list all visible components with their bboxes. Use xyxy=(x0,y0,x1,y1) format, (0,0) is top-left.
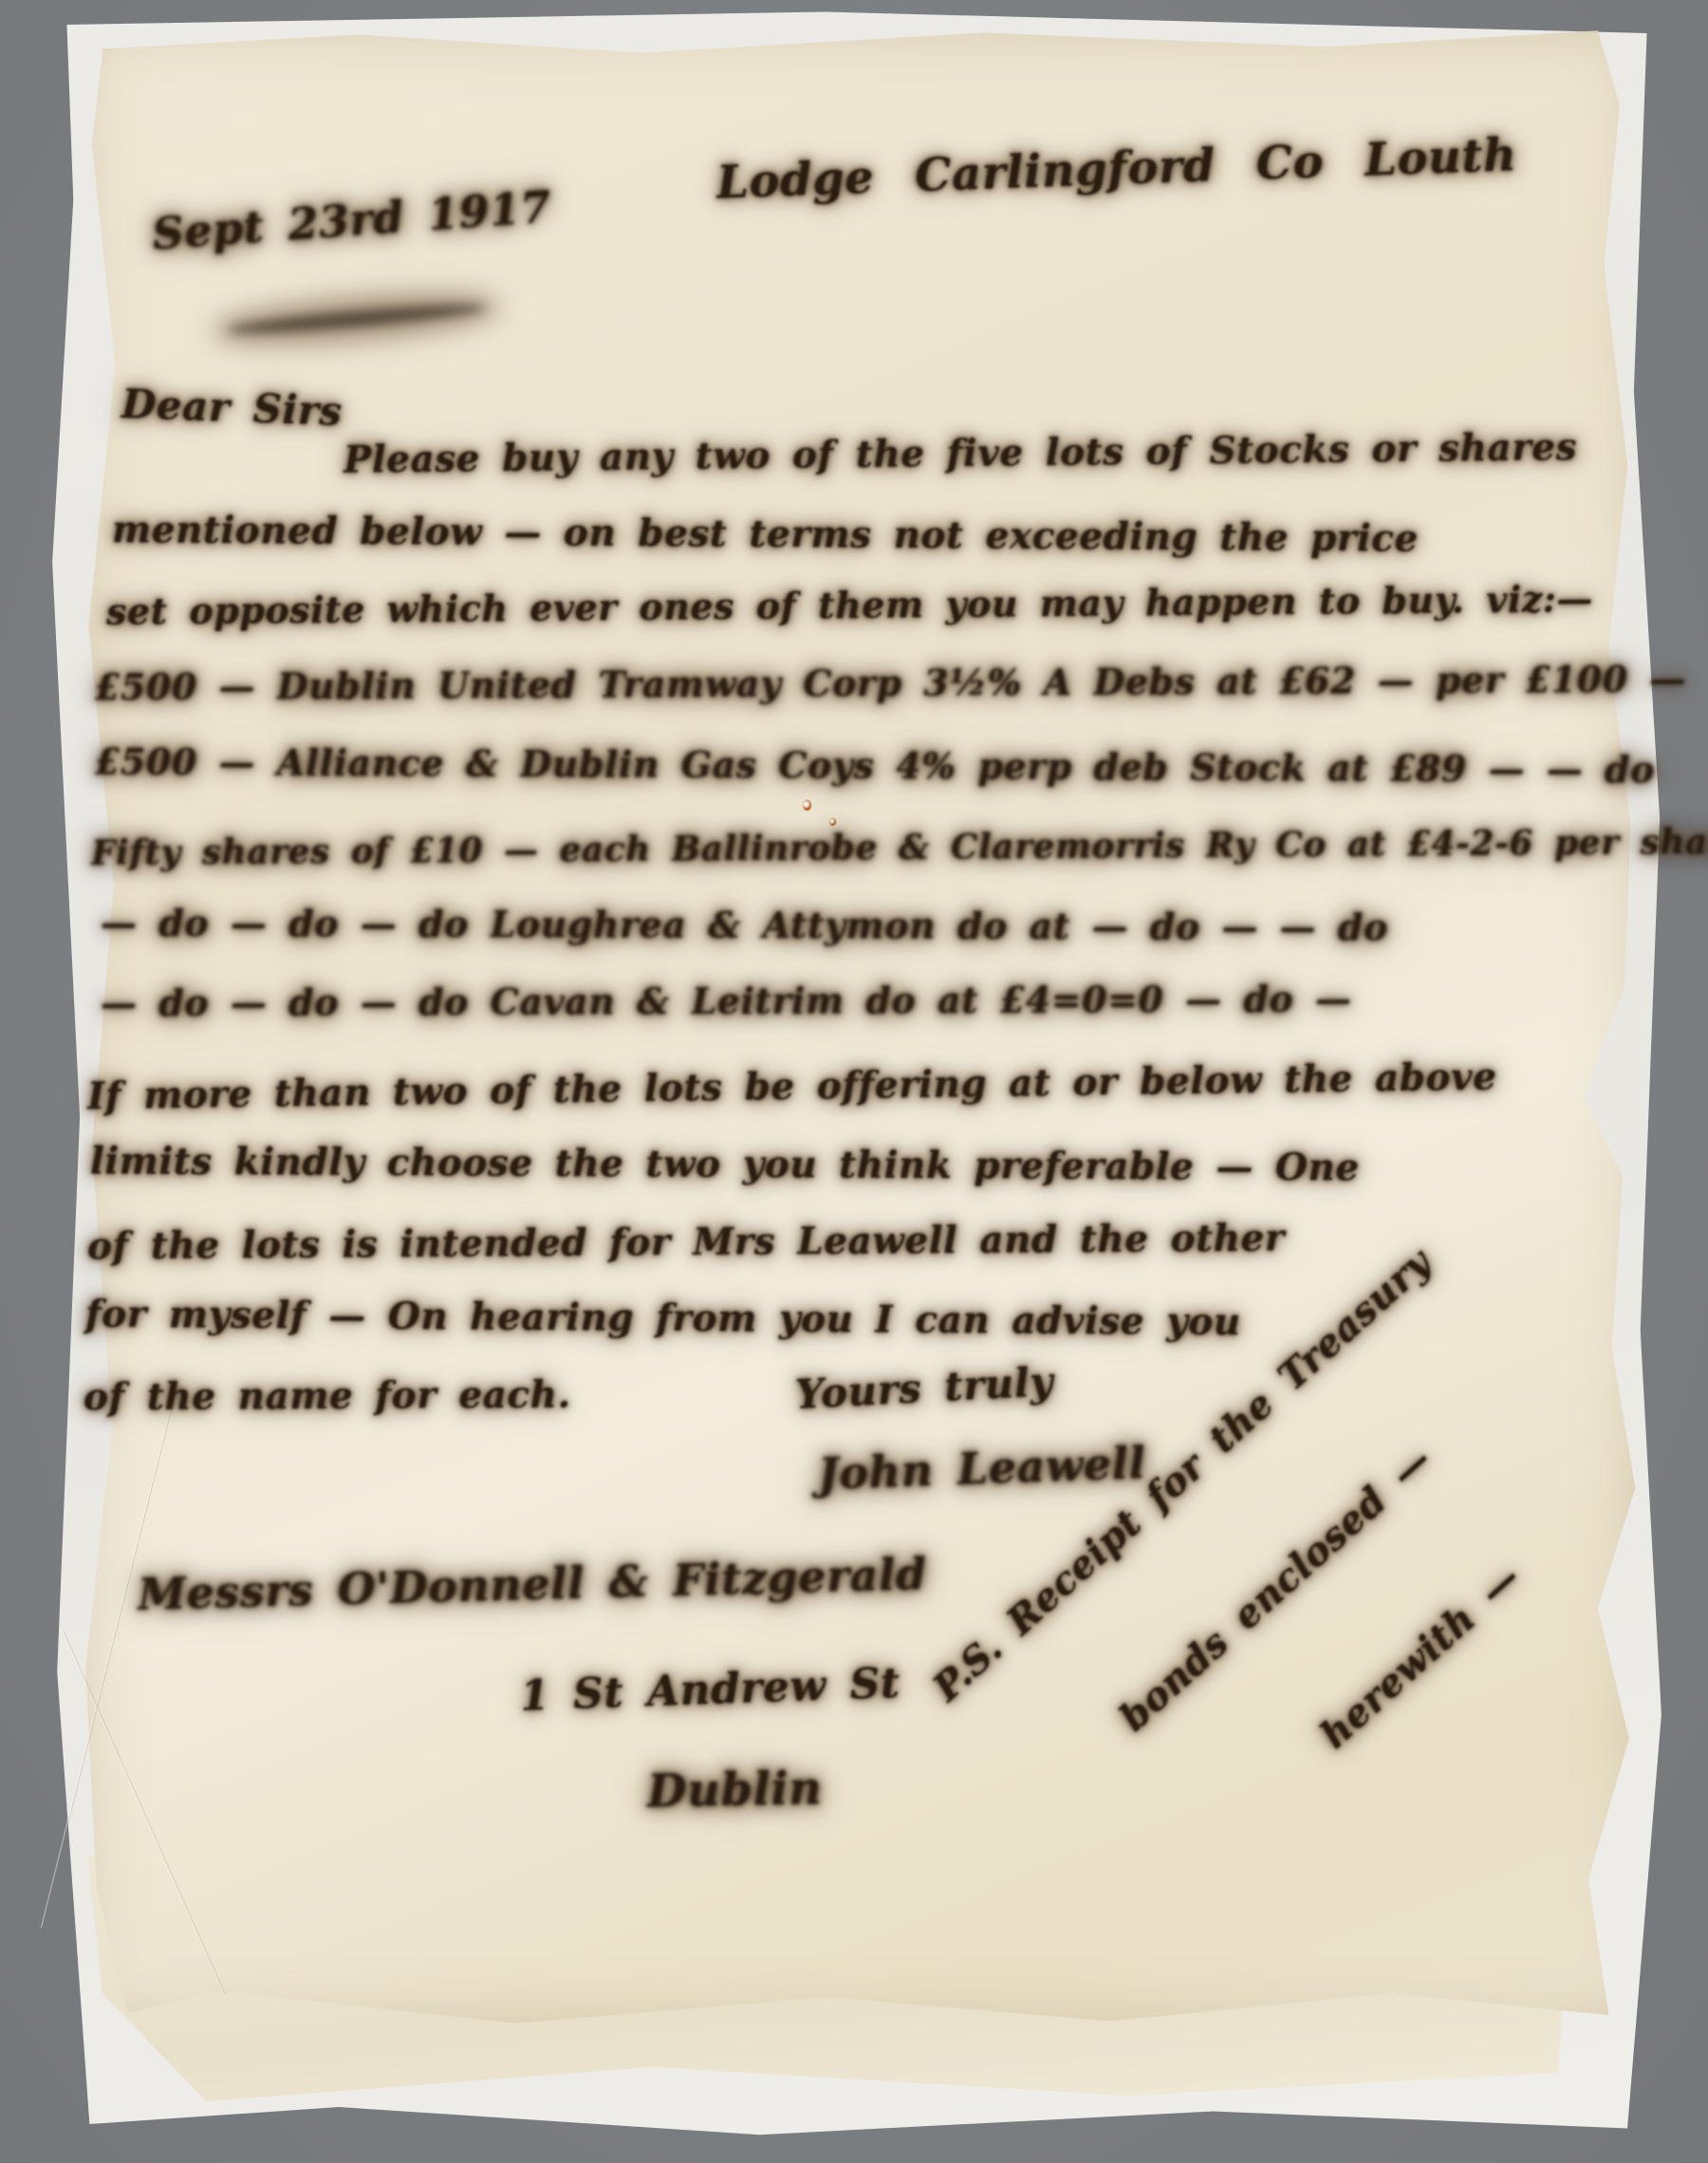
body-line: £500 — Alliance & Dublin Gas Coys 4% per… xyxy=(95,740,1655,792)
salutation: Dear Sirs xyxy=(121,381,343,435)
body-line: £500 — Dublin United Tramway Corp 3½% A … xyxy=(95,658,1686,709)
body-line: — do — do — do Cavan & Leitrim do at £4=… xyxy=(101,978,1352,1025)
body-line: limits kindly choose the two you think p… xyxy=(90,1139,1360,1189)
body-line: of the lots is intended for Mrs Leawell … xyxy=(87,1217,1285,1269)
body-line: of the name for each. xyxy=(84,1373,571,1420)
scanned-letter-page: { "document": { "kind": "handwritten let… xyxy=(0,0,1708,2163)
pinhole xyxy=(803,800,811,811)
body-line: mentioned below — on best terms not exce… xyxy=(112,508,1419,561)
body-line: for myself — On hearing from you I can a… xyxy=(85,1293,1241,1345)
pinhole xyxy=(829,818,836,826)
recipient-city: Dublin xyxy=(647,1762,823,1818)
body-line: — do — do — do Loughrea & Attymon do at … xyxy=(101,902,1388,949)
